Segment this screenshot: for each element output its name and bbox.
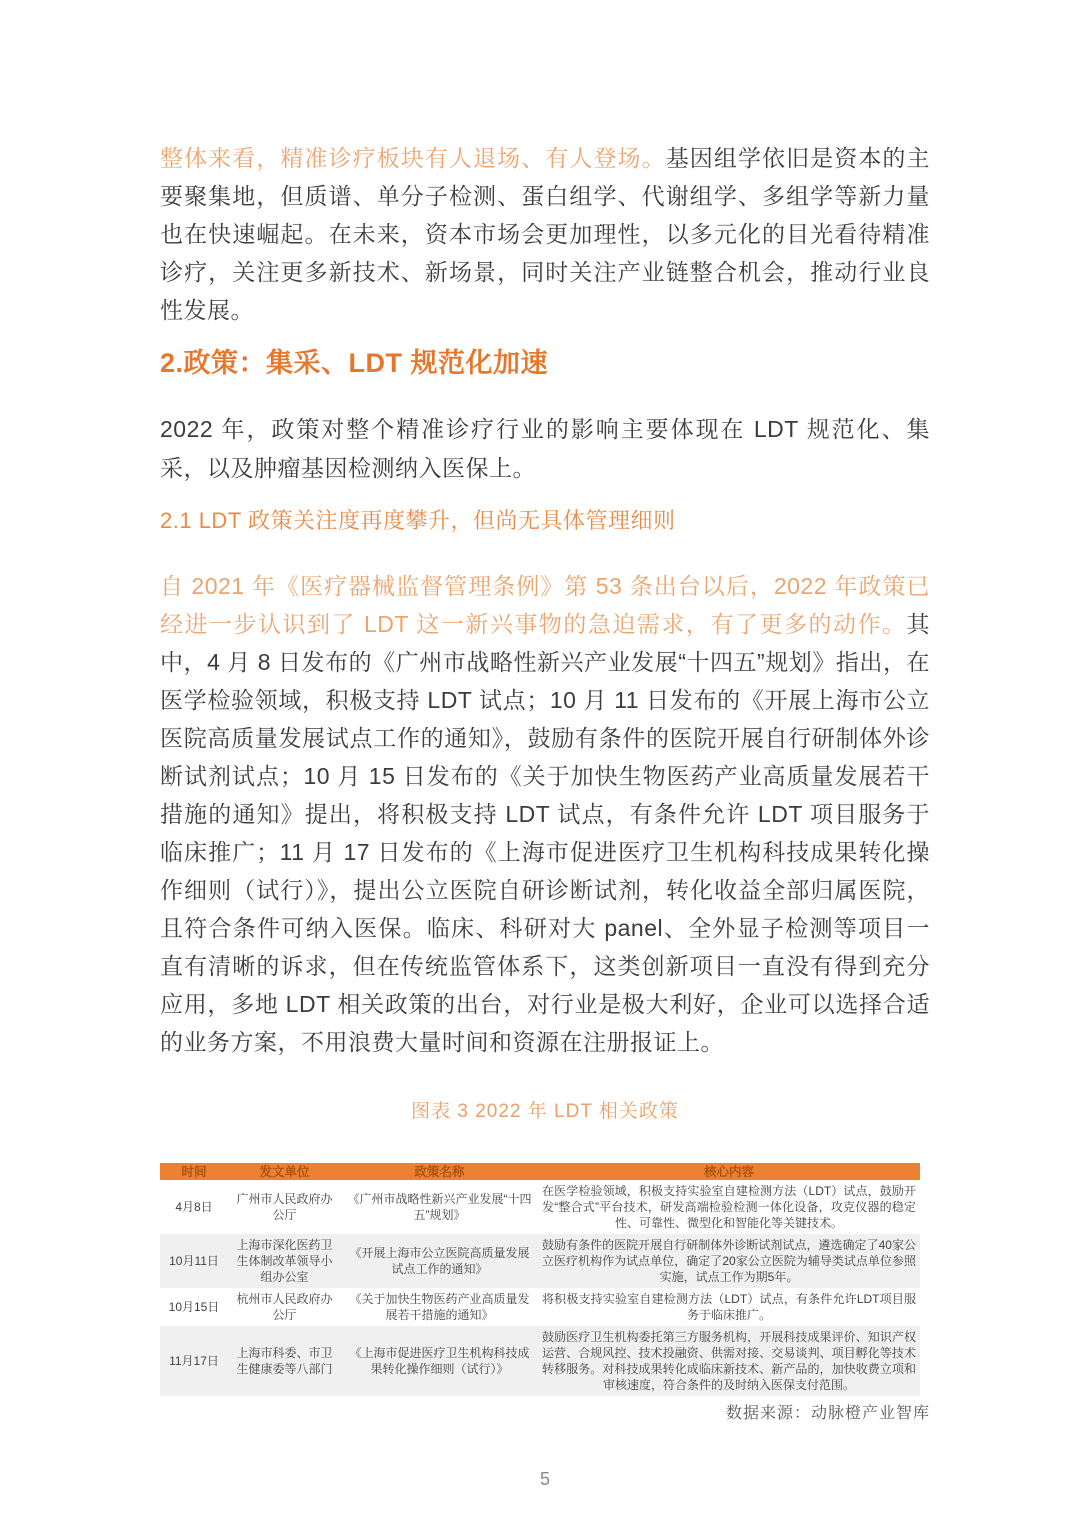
column-header: 核心内容 bbox=[538, 1163, 920, 1180]
policy-table-head: 时间发文单位政策名称核心内容 bbox=[160, 1163, 920, 1180]
body-paragraph: 自 2021 年《医疗器械监督管理条例》第 53 条出台以后，2022 年政策已… bbox=[160, 567, 930, 1061]
cell-content: 在医学检验领域，积极支持实验室自建检测方法（LDT）试点，鼓励开发“整合式”平台… bbox=[538, 1180, 920, 1234]
body-text: 其中，4 月 8 日发布的《广州市战略性新兴产业发展“十四五”规划》指出，在医学… bbox=[160, 611, 930, 1055]
page-content: 整体来看，精准诊疗板块有人退场、有人登场。基因组学依旧是资本的主要聚集地，但质谱… bbox=[160, 0, 930, 1490]
column-header: 时间 bbox=[160, 1163, 228, 1180]
intro-body-text: 基因组学依旧是资本的主要聚集地，但质谱、单分子检测、蛋白组学、代谢组学、多组学等… bbox=[160, 145, 930, 323]
subsection-heading: 2.1 LDT 政策关注度再度攀升，但尚无具体管理细则 bbox=[160, 506, 930, 536]
column-header: 政策名称 bbox=[341, 1163, 538, 1180]
body-highlight-text: 自 2021 年《医疗器械监督管理条例》第 53 条出台以后，2022 年政策已… bbox=[160, 573, 930, 637]
intro-paragraph: 整体来看，精准诊疗板块有人退场、有人登场。基因组学依旧是资本的主要聚集地，但质谱… bbox=[160, 139, 930, 329]
cell-date: 11月17日 bbox=[160, 1326, 228, 1396]
cell-content: 鼓励有条件的医院开展自行研制体外诊断试剂试点，遴选确定了40家公立医疗机构作为试… bbox=[538, 1234, 920, 1288]
cell-content: 将积极支持实验室自建检测方法（LDT）试点，有条件允许LDT项目服务于临床推广。 bbox=[538, 1288, 920, 1326]
report-page: 整体来看，精准诊疗板块有人退场、有人登场。基因组学依旧是资本的主要聚集地，但质谱… bbox=[0, 0, 1080, 1527]
section-intro-paragraph: 2022 年，政策对整个精准诊疗行业的影响主要体现在 LDT 规范化、集采，以及… bbox=[160, 410, 930, 488]
cell-policy: 《上海市促进医疗卫生机构科技成果转化操作细则（试行）》 bbox=[341, 1326, 538, 1396]
column-header: 发文单位 bbox=[228, 1163, 341, 1180]
cell-date: 10月11日 bbox=[160, 1234, 228, 1288]
figure-source: 数据来源：动脉橙产业智库 bbox=[160, 1404, 930, 1424]
cell-policy: 《关于加快生物医药产业高质量发展若干措施的通知》 bbox=[341, 1288, 538, 1326]
section-heading: 2.政策：集采、LDT 规范化加速 bbox=[160, 345, 930, 382]
table-row: 10月15日杭州市人民政府办公厅《关于加快生物医药产业高质量发展若干措施的通知》… bbox=[160, 1288, 920, 1326]
figure-caption: 图表 3 2022 年 LDT 相关政策 bbox=[160, 1099, 930, 1125]
cell-issuer: 上海市深化医药卫生体制改革领导小组办公室 bbox=[228, 1234, 341, 1288]
cell-issuer: 上海市科委、市卫生健康委等八部门 bbox=[228, 1326, 341, 1396]
cell-date: 4月8日 bbox=[160, 1180, 228, 1234]
table-row: 4月8日广州市人民政府办公厅《广州市战略性新兴产业发展“十四五”规划》在医学检验… bbox=[160, 1180, 920, 1234]
policy-table-body: 4月8日广州市人民政府办公厅《广州市战略性新兴产业发展“十四五”规划》在医学检验… bbox=[160, 1180, 920, 1396]
policy-table-header-row: 时间发文单位政策名称核心内容 bbox=[160, 1163, 920, 1180]
cell-issuer: 广州市人民政府办公厅 bbox=[228, 1180, 341, 1234]
cell-date: 10月15日 bbox=[160, 1288, 228, 1326]
cell-content: 鼓励医疗卫生机构委托第三方服务机构，开展科技成果评价、知识产权运营、合规风控、技… bbox=[538, 1326, 920, 1396]
page-number: 5 bbox=[160, 1468, 930, 1490]
cell-policy: 《广州市战略性新兴产业发展“十四五”规划》 bbox=[341, 1180, 538, 1234]
table-row: 11月17日上海市科委、市卫生健康委等八部门《上海市促进医疗卫生机构科技成果转化… bbox=[160, 1326, 920, 1396]
policy-table: 时间发文单位政策名称核心内容 4月8日广州市人民政府办公厅《广州市战略性新兴产业… bbox=[160, 1163, 920, 1396]
table-row: 10月11日上海市深化医药卫生体制改革领导小组办公室《开展上海市公立医院高质量发… bbox=[160, 1234, 920, 1288]
cell-issuer: 杭州市人民政府办公厅 bbox=[228, 1288, 341, 1326]
cell-policy: 《开展上海市公立医院高质量发展试点工作的通知》 bbox=[341, 1234, 538, 1288]
intro-highlight-text: 整体来看，精准诊疗板块有人退场、有人登场。 bbox=[160, 145, 666, 171]
